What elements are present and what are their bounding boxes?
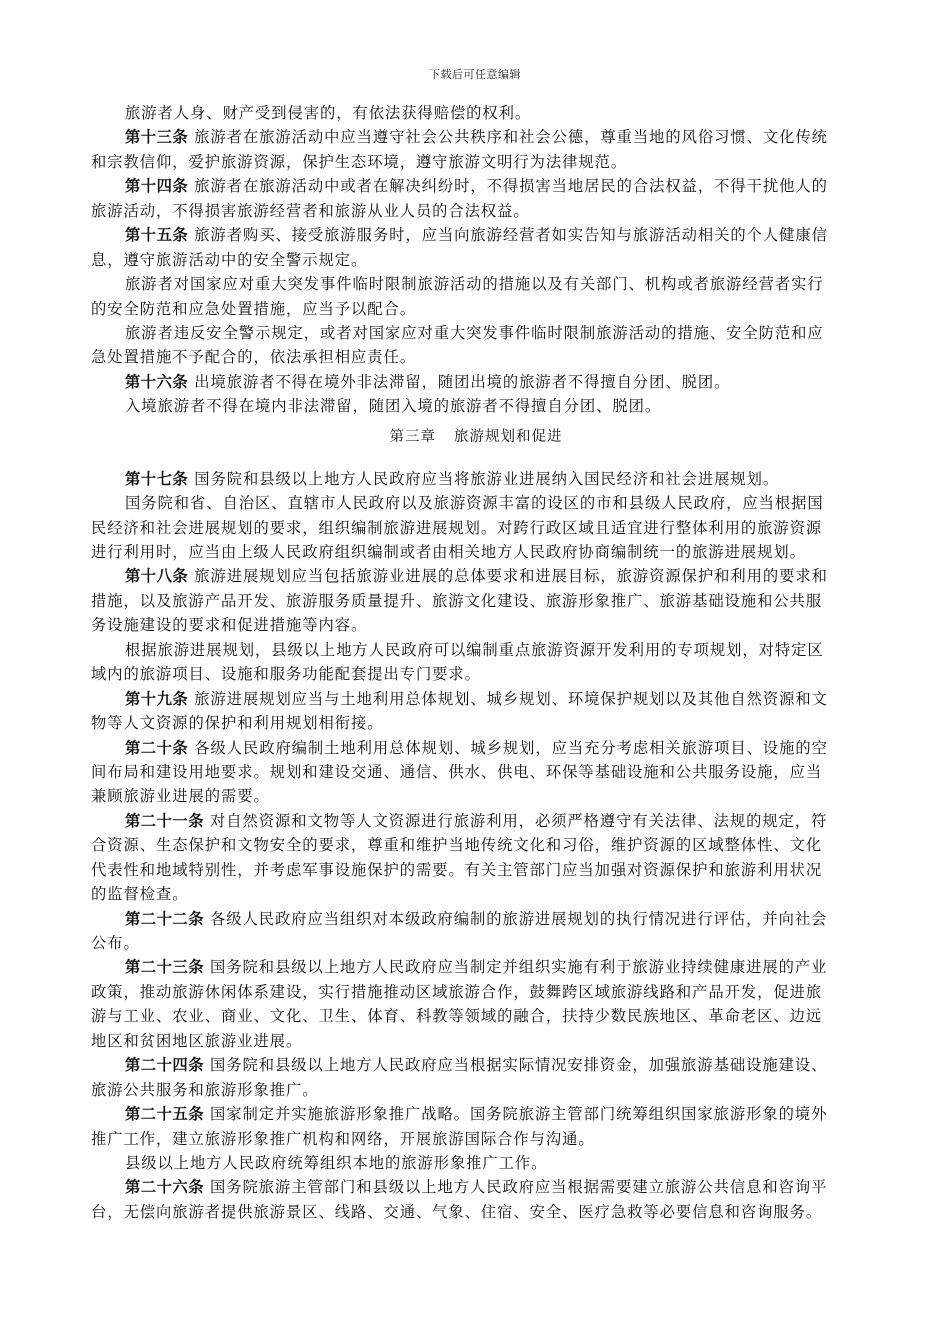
line-text: 国务院和县级以上地方人民政府应当根据实际情况安排资金，加强旅游基础设施建设、 xyxy=(210,1056,827,1074)
line-text: 国家制定并实施旅游形象推广战略。国务院旅游主管部门统筹组织国家旅游形象的境外 xyxy=(210,1105,827,1123)
text-line: 兼顾旅游业进展的需要。 xyxy=(91,784,861,808)
article-paragraph: 第十九条旅游进展规划应当与土地利用总体规划、城乡规划、环境保护规划以及其他自然资… xyxy=(91,687,861,736)
paragraph: 国务院和省、自治区、直辖市人民政府以及旅游资源丰富的设区的市和县级人民政府，应当… xyxy=(91,491,861,564)
text-line: 县级以上地方人民政府统筹组织本地的旅游形象推广工作。 xyxy=(91,1151,861,1175)
article-label: 第十五条 xyxy=(125,226,188,244)
paragraph: 旅游者对国家应对重大突发事件临时限制旅游活动的措施以及有关部门、机构或者旅游经营… xyxy=(91,272,861,321)
text-line: 务设施建设的要求和促进措施等内容。 xyxy=(91,613,861,637)
text-line: 的安全防范和应急处置措施，应当予以配合。 xyxy=(91,297,861,321)
line-text: 间布局和建设用地要求。规划和建设交通、通信、供水、供电、环保等基础设施和公共服务… xyxy=(91,763,822,781)
line-text: 旅游者对国家应对重大突发事件临时限制旅游活动的措施以及有关部门、机构或者旅游经营… xyxy=(125,275,824,293)
chapter-heading: 第三章旅游规划和促进 xyxy=(91,419,861,467)
text-line: 旅游活动，不得损害旅游经营者和旅游从业人员的合法权益。 xyxy=(91,199,861,223)
text-line: 急处置措施不予配合的，依法承担相应责任。 xyxy=(91,345,861,369)
line-text: 国务院和县级以上地方人民政府应当将旅游业进展纳入国民经济和社会进展规划。 xyxy=(194,470,779,488)
article-paragraph: 第十六条出境旅游者不得在境外非法滞留，随团出境的旅游者不得擅自分团、脱团。 xyxy=(91,370,861,394)
line-text: 的安全防范和应急处置措施，应当予以配合。 xyxy=(91,300,416,318)
text-line: 息，遵守旅游活动中的安全警示规定。 xyxy=(91,248,861,272)
article-label: 第二十三条 xyxy=(125,958,204,976)
text-line: 域内的旅游项目、设施和服务功能配套提出专门要求。 xyxy=(91,662,861,686)
article-label: 第十四条 xyxy=(125,177,188,195)
text-line: 地区和贫困地区旅游业进展。 xyxy=(91,1029,861,1053)
text-line: 第十九条旅游进展规划应当与土地利用总体规划、城乡规划、环境保护规划以及其他自然资… xyxy=(91,687,861,711)
text-line: 国务院和省、自治区、直辖市人民政府以及旅游资源丰富的设区的市和县级人民政府，应当… xyxy=(91,491,861,515)
article-label: 第二十六条 xyxy=(125,1178,204,1196)
article-paragraph: 第二十五条国家制定并实施旅游形象推广战略。国务院旅游主管部门统筹组织国家旅游形象… xyxy=(91,1102,861,1151)
line-text: 旅游者在旅游活动中或者在解决纠纷时，不得损害当地居民的合法权益，不得干扰他人的 xyxy=(194,177,828,195)
article-paragraph: 第二十四条国务院和县级以上地方人民政府应当根据实际情况安排资金，加强旅游基础设施… xyxy=(91,1053,861,1102)
line-text: 旅游进展规划应当包括旅游业进展的总体要求和进展目标，旅游资源保护和利用的要求和 xyxy=(194,567,828,585)
text-line: 第十四条旅游者在旅游活动中或者在解决纠纷时，不得损害当地居民的合法权益，不得干扰… xyxy=(91,174,861,198)
text-line: 民经济和社会进展规划的要求，组织编制旅游进展规划。对跨行政区域且适宜进行整体利用… xyxy=(91,516,861,540)
text-line: 公布。 xyxy=(91,931,861,955)
text-line: 旅游者人身、财产受到侵害的，有依法获得赔偿的权利。 xyxy=(91,101,861,125)
article-paragraph: 第十三条旅游者在旅游活动中应当遵守社会公共秩序和社会公德，尊重当地的风俗习惯、文… xyxy=(91,125,861,174)
paragraph: 入境旅游者不得在境内非法滞留，随团入境的旅游者不得擅自分团、脱团。 xyxy=(91,394,861,418)
article-label: 第二十五条 xyxy=(125,1105,204,1123)
line-text: 旅游者违反安全警示规定，或者对国家应对重大突发事件临时限制旅游活动的措施、安全防… xyxy=(125,324,824,342)
text-line: 第二十一条对自然资源和文物等人文资源进行旅游利用，必须严格遵守有关法律、法规的规… xyxy=(91,809,861,833)
text-line: 旅游者违反安全警示规定，或者对国家应对重大突发事件临时限制旅游活动的措施、安全防… xyxy=(91,321,861,345)
line-text: 推广工作，建立旅游形象推广机构和网络，开展旅游国际合作与沟通。 xyxy=(91,1130,595,1148)
line-text: 措施，以及旅游产品开发、旅游服务质量提升、旅游文化建设、旅游形象推广、旅游基础设… xyxy=(91,592,822,610)
line-text: 国务院和县级以上地方人民政府应当制定并组织实施有利于旅游业持续健康进展的产业 xyxy=(210,958,827,976)
text-line: 进行利用时，应当由上级人民政府组织编制或者由相关地方人民政府协商编制统一的旅游进… xyxy=(91,540,861,564)
line-text: 根据旅游进展规划，县级以上地方人民政府可以编制重点旅游资源开发利用的专项规划，对… xyxy=(125,641,824,659)
line-text: 急处置措施不予配合的，依法承担相应责任。 xyxy=(91,348,416,366)
article-label: 第十九条 xyxy=(125,690,188,708)
article-paragraph: 第二十一条对自然资源和文物等人文资源进行旅游利用，必须严格遵守有关法律、法规的规… xyxy=(91,809,861,907)
article-paragraph: 第十八条旅游进展规划应当包括旅游业进展的总体要求和进展目标，旅游资源保护和利用的… xyxy=(91,564,861,637)
line-text: 代表性和地域特别性，并考虑军事设施保护的需要。有关主管部门应当加强对资源保护和旅… xyxy=(91,861,822,879)
text-line: 第十七条国务院和县级以上地方人民政府应当将旅游业进展纳入国民经济和社会进展规划。 xyxy=(91,467,861,491)
line-text: 的监督检查。 xyxy=(91,885,188,903)
line-text: 旅游者购买、接受旅游服务时，应当向旅游经营者如实告知与旅游活动相关的个人健康信 xyxy=(194,226,828,244)
line-text: 公布。 xyxy=(91,934,140,952)
article-label: 第二十条 xyxy=(125,739,188,757)
article-label: 第二十一条 xyxy=(125,812,204,830)
article-paragraph: 第二十三条国务院和县级以上地方人民政府应当制定并组织实施有利于旅游业持续健康进展… xyxy=(91,955,861,1053)
paragraph: 县级以上地方人民政府统筹组织本地的旅游形象推广工作。 xyxy=(91,1151,861,1175)
paragraph: 旅游者违反安全警示规定，或者对国家应对重大突发事件临时限制旅游活动的措施、安全防… xyxy=(91,321,861,370)
text-line: 第二十四条国务院和县级以上地方人民政府应当根据实际情况安排资金，加强旅游基础设施… xyxy=(91,1053,861,1077)
text-line: 政策，推动旅游休闲体系建设，实行措施推动区域旅游合作，鼓舞跨区域旅游线路和产品开… xyxy=(91,980,861,1004)
text-line: 第二十三条国务院和县级以上地方人民政府应当制定并组织实施有利于旅游业持续健康进展… xyxy=(91,955,861,979)
article-paragraph: 第十七条国务院和县级以上地方人民政府应当将旅游业进展纳入国民经济和社会进展规划。 xyxy=(91,467,861,491)
line-text: 各级人民政府应当组织对本级政府编制的旅游进展规划的执行情况进行评估，并向社会 xyxy=(210,910,827,928)
text-line: 旅游公共服务和旅游形象推广。 xyxy=(91,1078,861,1102)
line-text: 合资源、生态保护和文物安全的要求，尊重和维护当地传统文化和习俗，维护资源的区域整… xyxy=(91,836,822,854)
line-text: 县级以上地方人民政府统筹组织本地的旅游形象推广工作。 xyxy=(125,1154,547,1172)
line-text: 入境旅游者不得在境内非法滞留，随团入境的旅游者不得擅自分团、脱团。 xyxy=(125,397,661,415)
line-text: 进行利用时，应当由上级人民政府组织编制或者由相关地方人民政府协商编制统一的旅游进… xyxy=(91,543,806,561)
text-line: 根据旅游进展规划，县级以上地方人民政府可以编制重点旅游资源开发利用的专项规划，对… xyxy=(91,638,861,662)
line-text: 域内的旅游项目、设施和服务功能配套提出专门要求。 xyxy=(91,665,481,683)
line-text: 旅游进展规划应当与土地利用总体规划、城乡规划、环境保护规划以及其他自然资源和文 xyxy=(194,690,828,708)
text-line: 第二十二条各级人民政府应当组织对本级政府编制的旅游进展规划的执行情况进行评估，并… xyxy=(91,907,861,931)
text-line: 代表性和地域特别性，并考虑军事设施保护的需要。有关主管部门应当加强对资源保护和旅… xyxy=(91,858,861,882)
text-line: 第十六条出境旅游者不得在境外非法滞留，随团出境的旅游者不得擅自分团、脱团。 xyxy=(91,370,861,394)
line-text: 地区和贫困地区旅游业进展。 xyxy=(91,1032,302,1050)
chapter-number: 第三章 xyxy=(390,429,437,445)
line-text: 和宗教信仰，爱护旅游资源，保护生态环境，遵守旅游文明行为法律规范。 xyxy=(91,153,627,171)
line-text: 旅游者在旅游活动中应当遵守社会公共秩序和社会公德，尊重当地的风俗习惯、文化传统 xyxy=(194,128,828,146)
article-label: 第十八条 xyxy=(125,567,188,585)
text-line: 推广工作，建立旅游形象推广机构和网络，开展旅游国际合作与沟通。 xyxy=(91,1127,861,1151)
article-label: 第二十二条 xyxy=(125,910,204,928)
text-line: 措施，以及旅游产品开发、旅游服务质量提升、旅游文化建设、旅游形象推广、旅游基础设… xyxy=(91,589,861,613)
text-line: 物等人文资源的保护和利用规划相衔接。 xyxy=(91,711,861,735)
line-text: 旅游活动，不得损害旅游经营者和旅游从业人员的合法权益。 xyxy=(91,202,530,220)
text-line: 第十八条旅游进展规划应当包括旅游业进展的总体要求和进展目标，旅游资源保护和利用的… xyxy=(91,564,861,588)
text-line: 入境旅游者不得在境内非法滞留，随团入境的旅游者不得擅自分团、脱团。 xyxy=(91,394,861,418)
text-line: 第十五条旅游者购买、接受旅游服务时，应当向旅游经营者如实告知与旅游活动相关的个人… xyxy=(91,223,861,247)
line-text: 游与工业、农业、商业、文化、卫生、体育、科教等领域的融合，扶持少数民族地区、革命… xyxy=(91,1007,822,1025)
line-text: 对自然资源和文物等人文资源进行旅游利用，必须严格遵守有关法律、法规的规定，符 xyxy=(210,812,827,830)
document-body: 旅游者人身、财产受到侵害的，有依法获得赔偿的权利。第十三条旅游者在旅游活动中应当… xyxy=(91,101,861,1224)
line-text: 民经济和社会进展规划的要求，组织编制旅游进展规划。对跨行政区域且适宜进行整体利用… xyxy=(91,519,822,537)
line-text: 务设施建设的要求和促进措施等内容。 xyxy=(91,616,367,634)
line-text: 息，遵守旅游活动中的安全警示规定。 xyxy=(91,251,367,269)
line-text: 旅游者人身、财产受到侵害的，有依法获得赔偿的权利。 xyxy=(125,104,531,122)
article-paragraph: 第二十六条国务院旅游主管部门和县级以上地方人民政府应当根据需要建立旅游公共信息和… xyxy=(91,1175,861,1224)
line-text: 国务院和省、自治区、直辖市人民政府以及旅游资源丰富的设区的市和县级人民政府，应当… xyxy=(125,494,824,512)
text-line: 第二十条各级人民政府编制土地利用总体规划、城乡规划，应当充分考虑相关旅游项目、设… xyxy=(91,736,861,760)
line-text: 国务院旅游主管部门和县级以上地方人民政府应当根据需要建立旅游公共信息和咨询平 xyxy=(210,1178,827,1196)
line-text: 兼顾旅游业进展的需要。 xyxy=(91,787,270,805)
text-line: 台，无偿向旅游者提供旅游景区、线路、交通、气象、住宿、安全、医疗急救等必要信息和… xyxy=(91,1200,861,1224)
article-label: 第十六条 xyxy=(125,373,188,391)
text-line: 第十三条旅游者在旅游活动中应当遵守社会公共秩序和社会公德，尊重当地的风俗习惯、文… xyxy=(91,125,861,149)
article-paragraph: 第二十二条各级人民政府应当组织对本级政府编制的旅游进展规划的执行情况进行评估，并… xyxy=(91,907,861,956)
line-text: 旅游公共服务和旅游形象推广。 xyxy=(91,1081,318,1099)
line-text: 各级人民政府编制土地利用总体规划、城乡规划，应当充分考虑相关旅游项目、设施的空 xyxy=(194,739,828,757)
article-label: 第二十四条 xyxy=(125,1056,204,1074)
article-label: 第十三条 xyxy=(125,128,188,146)
line-text: 政策，推动旅游休闲体系建设，实行措施推动区域旅游合作，鼓舞跨区域旅游线路和产品开… xyxy=(91,983,822,1001)
text-line: 的监督检查。 xyxy=(91,882,861,906)
chapter-title: 旅游规划和促进 xyxy=(454,429,563,445)
line-text: 物等人文资源的保护和利用规划相衔接。 xyxy=(91,714,383,732)
page-header: 下载后可任意编辑 xyxy=(0,66,950,82)
line-text: 出境旅游者不得在境外非法滞留，随团出境的旅游者不得擅自分团、脱团。 xyxy=(194,373,730,391)
text-line: 和宗教信仰，爱护旅游资源，保护生态环境，遵守旅游文明行为法律规范。 xyxy=(91,150,861,174)
article-paragraph: 第二十条各级人民政府编制土地利用总体规划、城乡规划，应当充分考虑相关旅游项目、设… xyxy=(91,736,861,809)
article-label: 第十七条 xyxy=(125,470,188,488)
text-line: 第二十五条国家制定并实施旅游形象推广战略。国务院旅游主管部门统筹组织国家旅游形象… xyxy=(91,1102,861,1126)
article-paragraph: 第十四条旅游者在旅游活动中或者在解决纠纷时，不得损害当地居民的合法权益，不得干扰… xyxy=(91,174,861,223)
text-line: 第二十六条国务院旅游主管部门和县级以上地方人民政府应当根据需要建立旅游公共信息和… xyxy=(91,1175,861,1199)
paragraph: 旅游者人身、财产受到侵害的，有依法获得赔偿的权利。 xyxy=(91,101,861,125)
article-paragraph: 第十五条旅游者购买、接受旅游服务时，应当向旅游经营者如实告知与旅游活动相关的个人… xyxy=(91,223,861,272)
line-text: 台，无偿向旅游者提供旅游景区、线路、交通、气象、住宿、安全、医疗急救等必要信息和… xyxy=(91,1203,822,1221)
text-line: 间布局和建设用地要求。规划和建设交通、通信、供水、供电、环保等基础设施和公共服务… xyxy=(91,760,861,784)
text-line: 合资源、生态保护和文物安全的要求，尊重和维护当地传统文化和习俗，维护资源的区域整… xyxy=(91,833,861,857)
paragraph: 根据旅游进展规划，县级以上地方人民政府可以编制重点旅游资源开发利用的专项规划，对… xyxy=(91,638,861,687)
text-line: 旅游者对国家应对重大突发事件临时限制旅游活动的措施以及有关部门、机构或者旅游经营… xyxy=(91,272,861,296)
text-line: 游与工业、农业、商业、文化、卫生、体育、科教等领域的融合，扶持少数民族地区、革命… xyxy=(91,1004,861,1028)
